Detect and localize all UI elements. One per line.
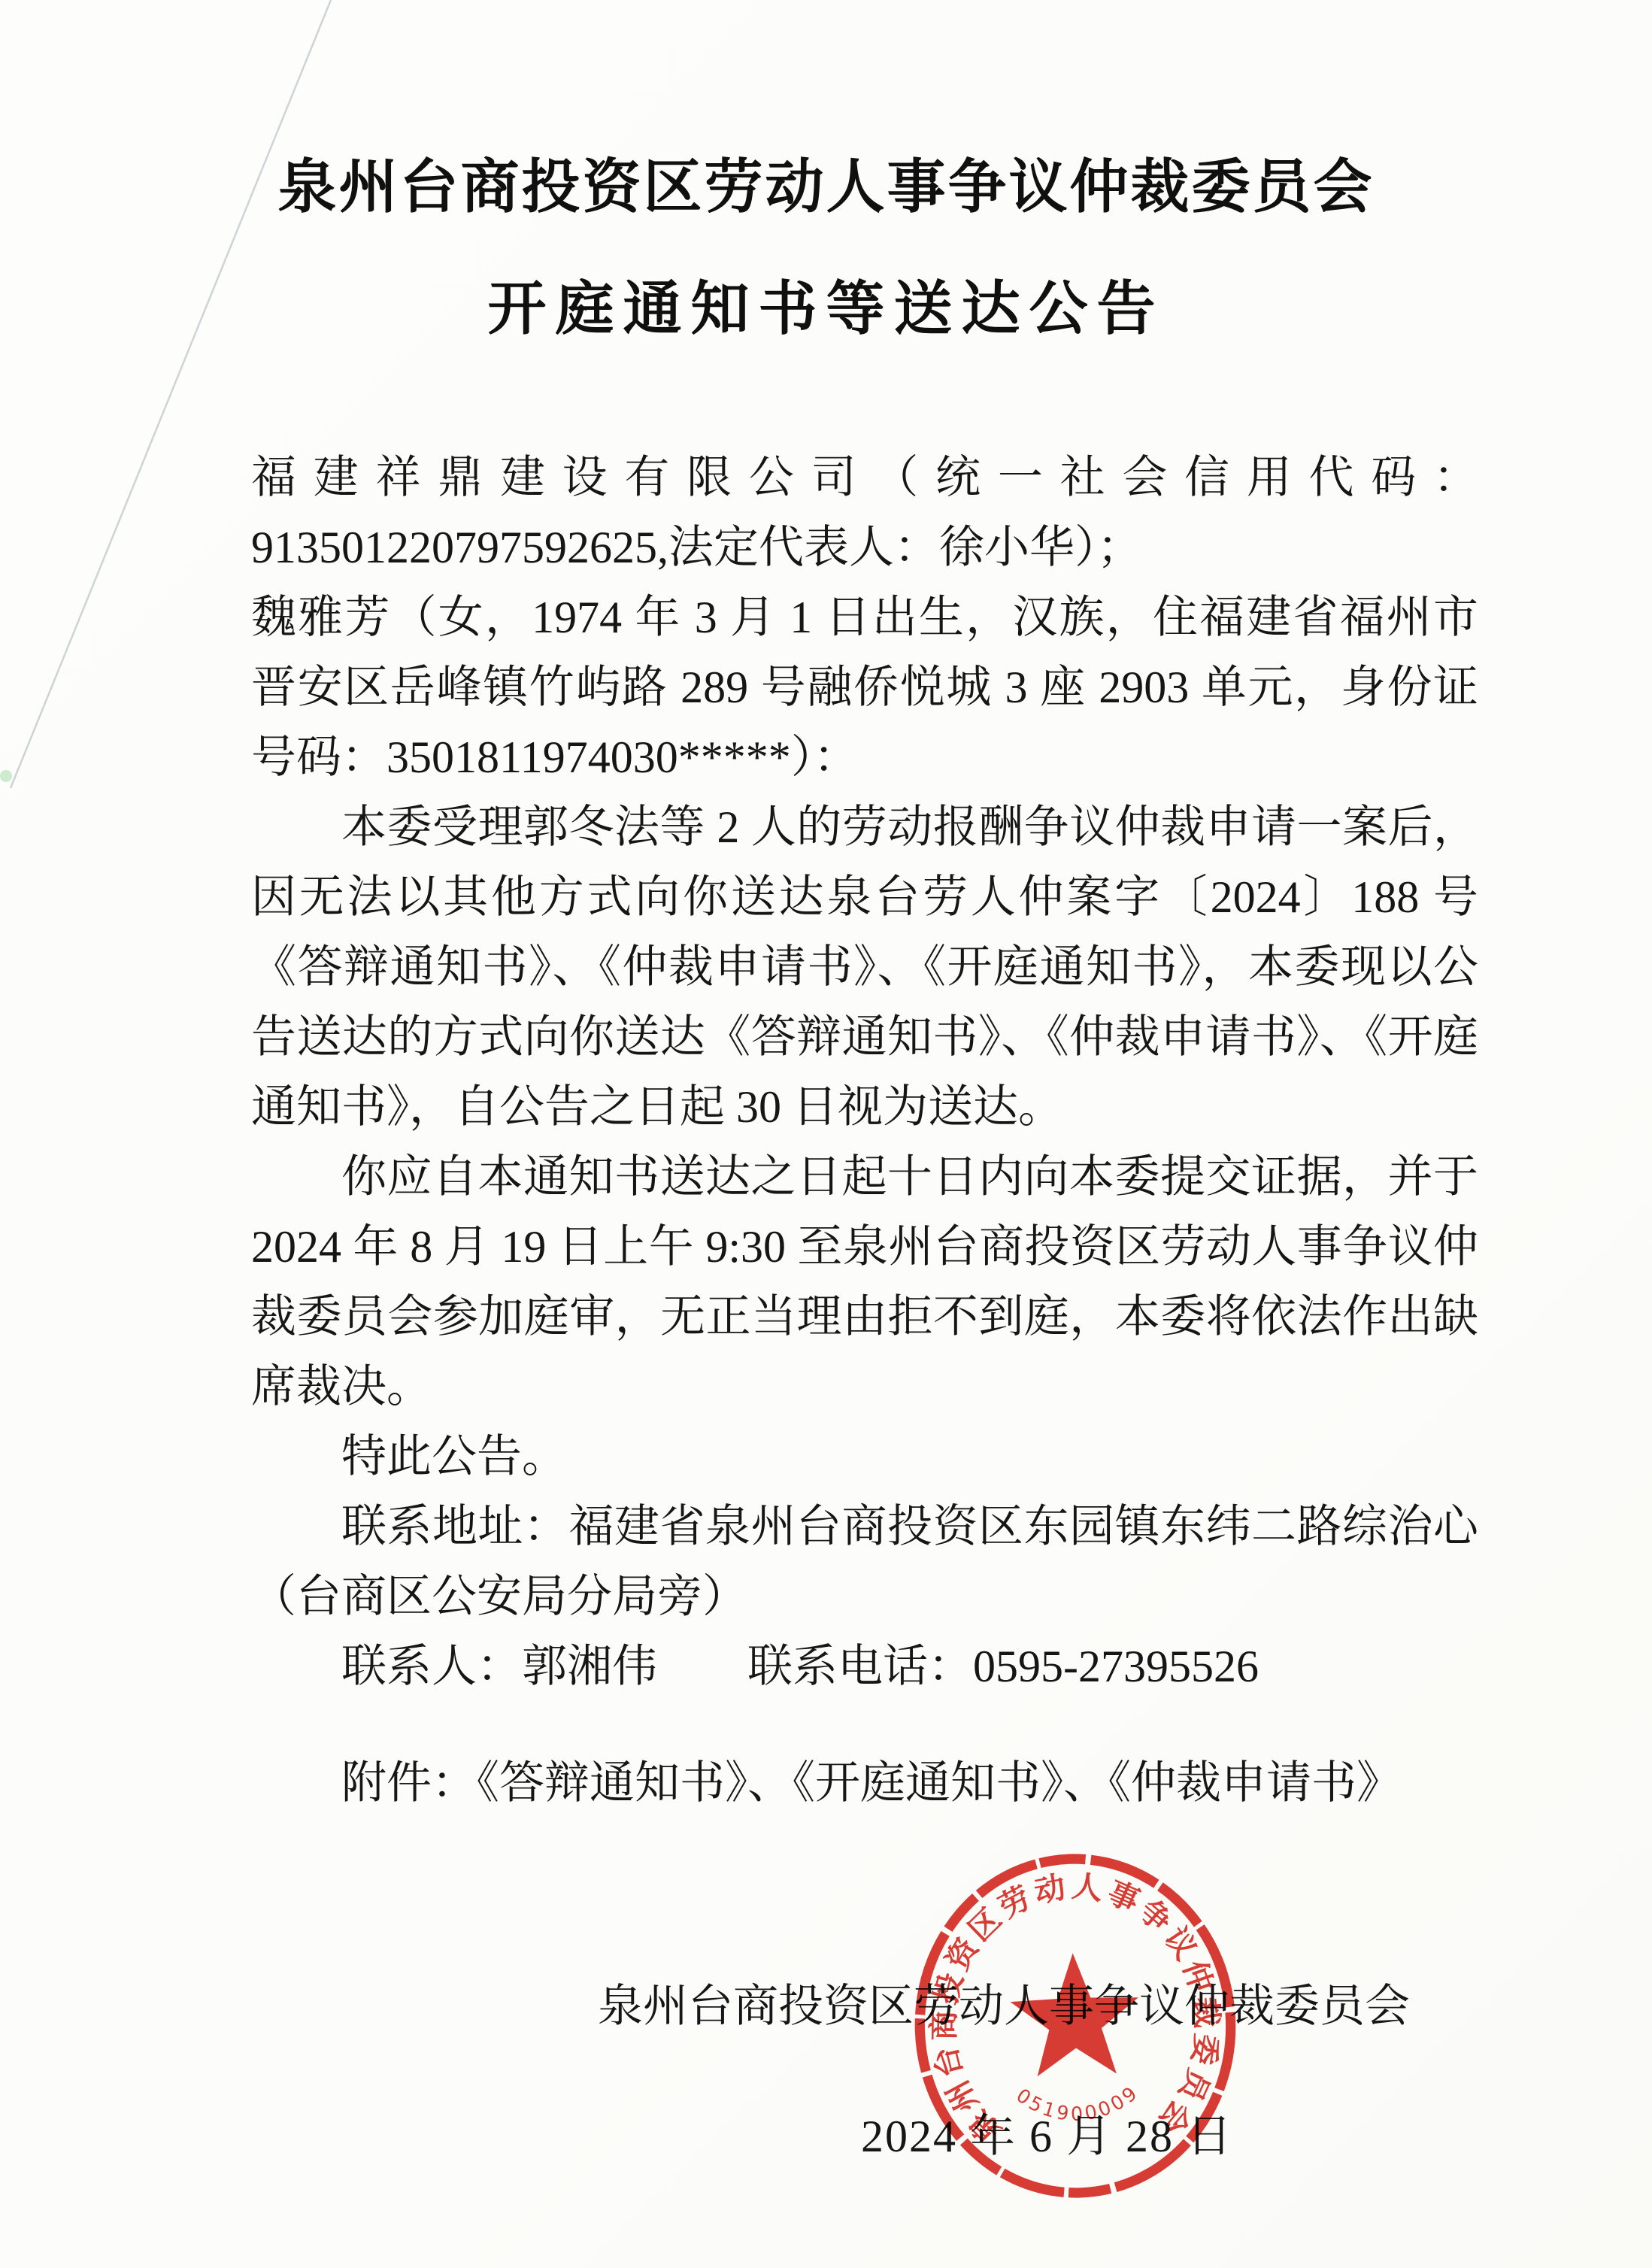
signature-committee: 泉州台商投资区劳动人事争议仲裁委员会	[598, 1972, 1410, 2042]
paragraph: 魏雅芳（女，1974 年 3 月 1 日出生，汉族，住福建省福州市晋安区岳峰镇竹…	[251, 583, 1478, 793]
paragraph: 你应自本通知书送达之日起十日内向本委提交证据，并于 2024 年 8 月 19 …	[251, 1142, 1478, 1422]
paragraph: 附件：《答辩通知书》、《开庭通知书》、《仲裁申请书》	[251, 1748, 1478, 1818]
scan-smudge	[0, 770, 12, 782]
paragraph: 联系人：郭湘伟 联系电话：0595-27395526	[251, 1632, 1478, 1702]
paragraph: 联系地址：福建省泉州台商投资区东园镇东纬二路综治心（台商区公安局分局旁）	[251, 1492, 1478, 1632]
paragraph: 特此公告。	[251, 1422, 1478, 1492]
paragraph: 福建祥鼎建设有限公司（统一社会信用代码：913501220797592625,法…	[251, 443, 1478, 583]
page-title: 泉州台商投资区劳动人事争议仲裁委员会 开庭通知书等送达公告	[0, 126, 1652, 370]
notice-document: 泉州台商投资区劳动人事争议仲裁委员会 开庭通知书等送达公告 福建祥鼎建设有限公司…	[0, 0, 1652, 2268]
document-body: 福建祥鼎建设有限公司（统一社会信用代码：913501220797592625,法…	[251, 443, 1478, 1818]
notice-title-line2: 开庭通知书等送达公告	[0, 248, 1652, 370]
signature-date: 2024 年 6 月 28 日	[861, 2102, 1233, 2172]
paragraph: 本委受理郭冬法等 2 人的劳动报酬争议仲裁申请一案后，因无法以其他方式向你送达泉…	[251, 793, 1478, 1142]
notice-title-line1: 泉州台商投资区劳动人事争议仲裁委员会	[0, 126, 1652, 248]
